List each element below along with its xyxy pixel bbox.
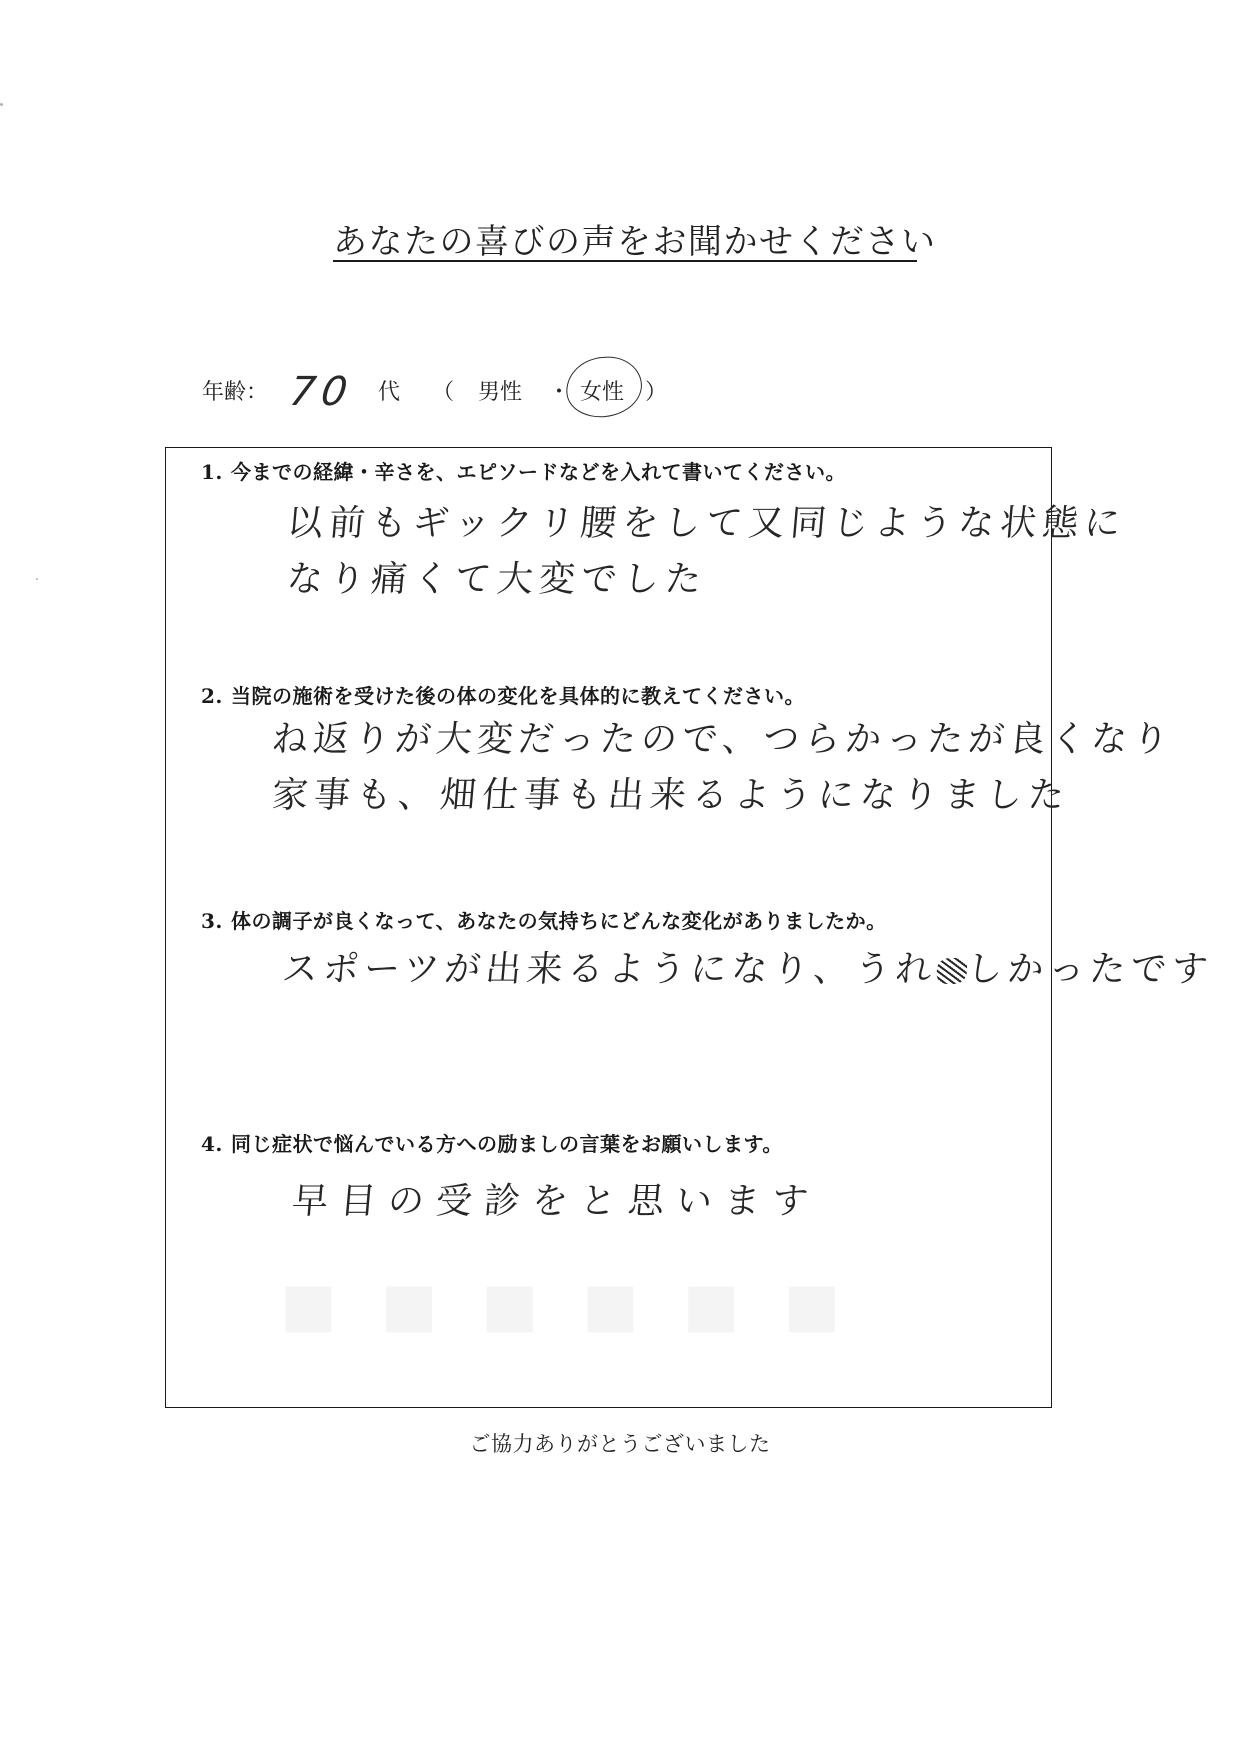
age-label: 年齢： <box>202 375 268 415</box>
answer-2-line-2[interactable]: 家事も、畑仕事も出来るようになりました <box>270 774 1072 818</box>
question-text: 体の調子が良くなって、あなたの気持ちにどんな変化がありましたか。 <box>231 909 887 933</box>
paren-open: （ <box>432 375 454 415</box>
selected-circle-mark <box>563 353 645 421</box>
question-4: 4.同じ症状で悩んでいる方への励ましの言葉をお願いします。 <box>201 1131 783 1157</box>
question-3: 3.体の調子が良くなって、あなたの気持ちにどんな変化がありましたか。 <box>201 908 887 934</box>
paren-close: ） <box>645 375 667 415</box>
form-title: あなたの喜びの声をお聞かせください <box>333 223 917 261</box>
scribbled-out-mark <box>935 958 967 984</box>
bleed-through-marks: ■■■■■■ <box>280 1270 884 1340</box>
answer-3-line-1[interactable]: スポーツが出来るようになり、うれしかったです <box>280 948 1214 992</box>
age-suffix: 代 <box>378 375 400 415</box>
title-underline <box>333 260 917 262</box>
question-2: 2.当院の施術を受けた後の体の変化を具体的に教えてください。 <box>201 683 805 709</box>
question-number: 2. <box>201 683 231 709</box>
question-number: 3. <box>201 908 231 934</box>
answer-1-line-2[interactable]: なり痛くて大変でした <box>285 558 709 602</box>
question-text: 当院の施術を受けた後の体の変化を具体的に教えてください。 <box>231 684 805 708</box>
question-number: 1. <box>201 459 231 485</box>
answer-3-text-before: スポーツが出来るようになり、うれ <box>280 949 938 990</box>
answer-3-text-after: しかったです <box>965 949 1215 990</box>
question-1: 1.今までの経緯・辛さを、エピソードなどを入れて書いてください。 <box>201 459 846 485</box>
question-text: 今までの経緯・辛さを、エピソードなどを入れて書いてください。 <box>231 460 846 484</box>
footer-thanks: ご協力ありがとうございました <box>462 1430 778 1458</box>
scan-speck <box>0 103 3 106</box>
answer-2-line-1[interactable]: ね返りが大変だったので、つらかったが良くなり <box>270 718 1175 762</box>
age-value-handwritten[interactable]: 70 <box>287 372 356 412</box>
answer-1-line-1[interactable]: 以前もギックリ腰をして又同じような状態に <box>285 502 1128 546</box>
question-number: 4. <box>201 1131 231 1157</box>
question-text: 同じ症状で悩んでいる方への励ましの言葉をお願いします。 <box>231 1132 783 1156</box>
scan-speck <box>36 578 38 580</box>
answer-4-line-1[interactable]: 早目の受診をと思います <box>290 1180 822 1224</box>
gender-option-male[interactable]: 男性 <box>478 375 522 415</box>
